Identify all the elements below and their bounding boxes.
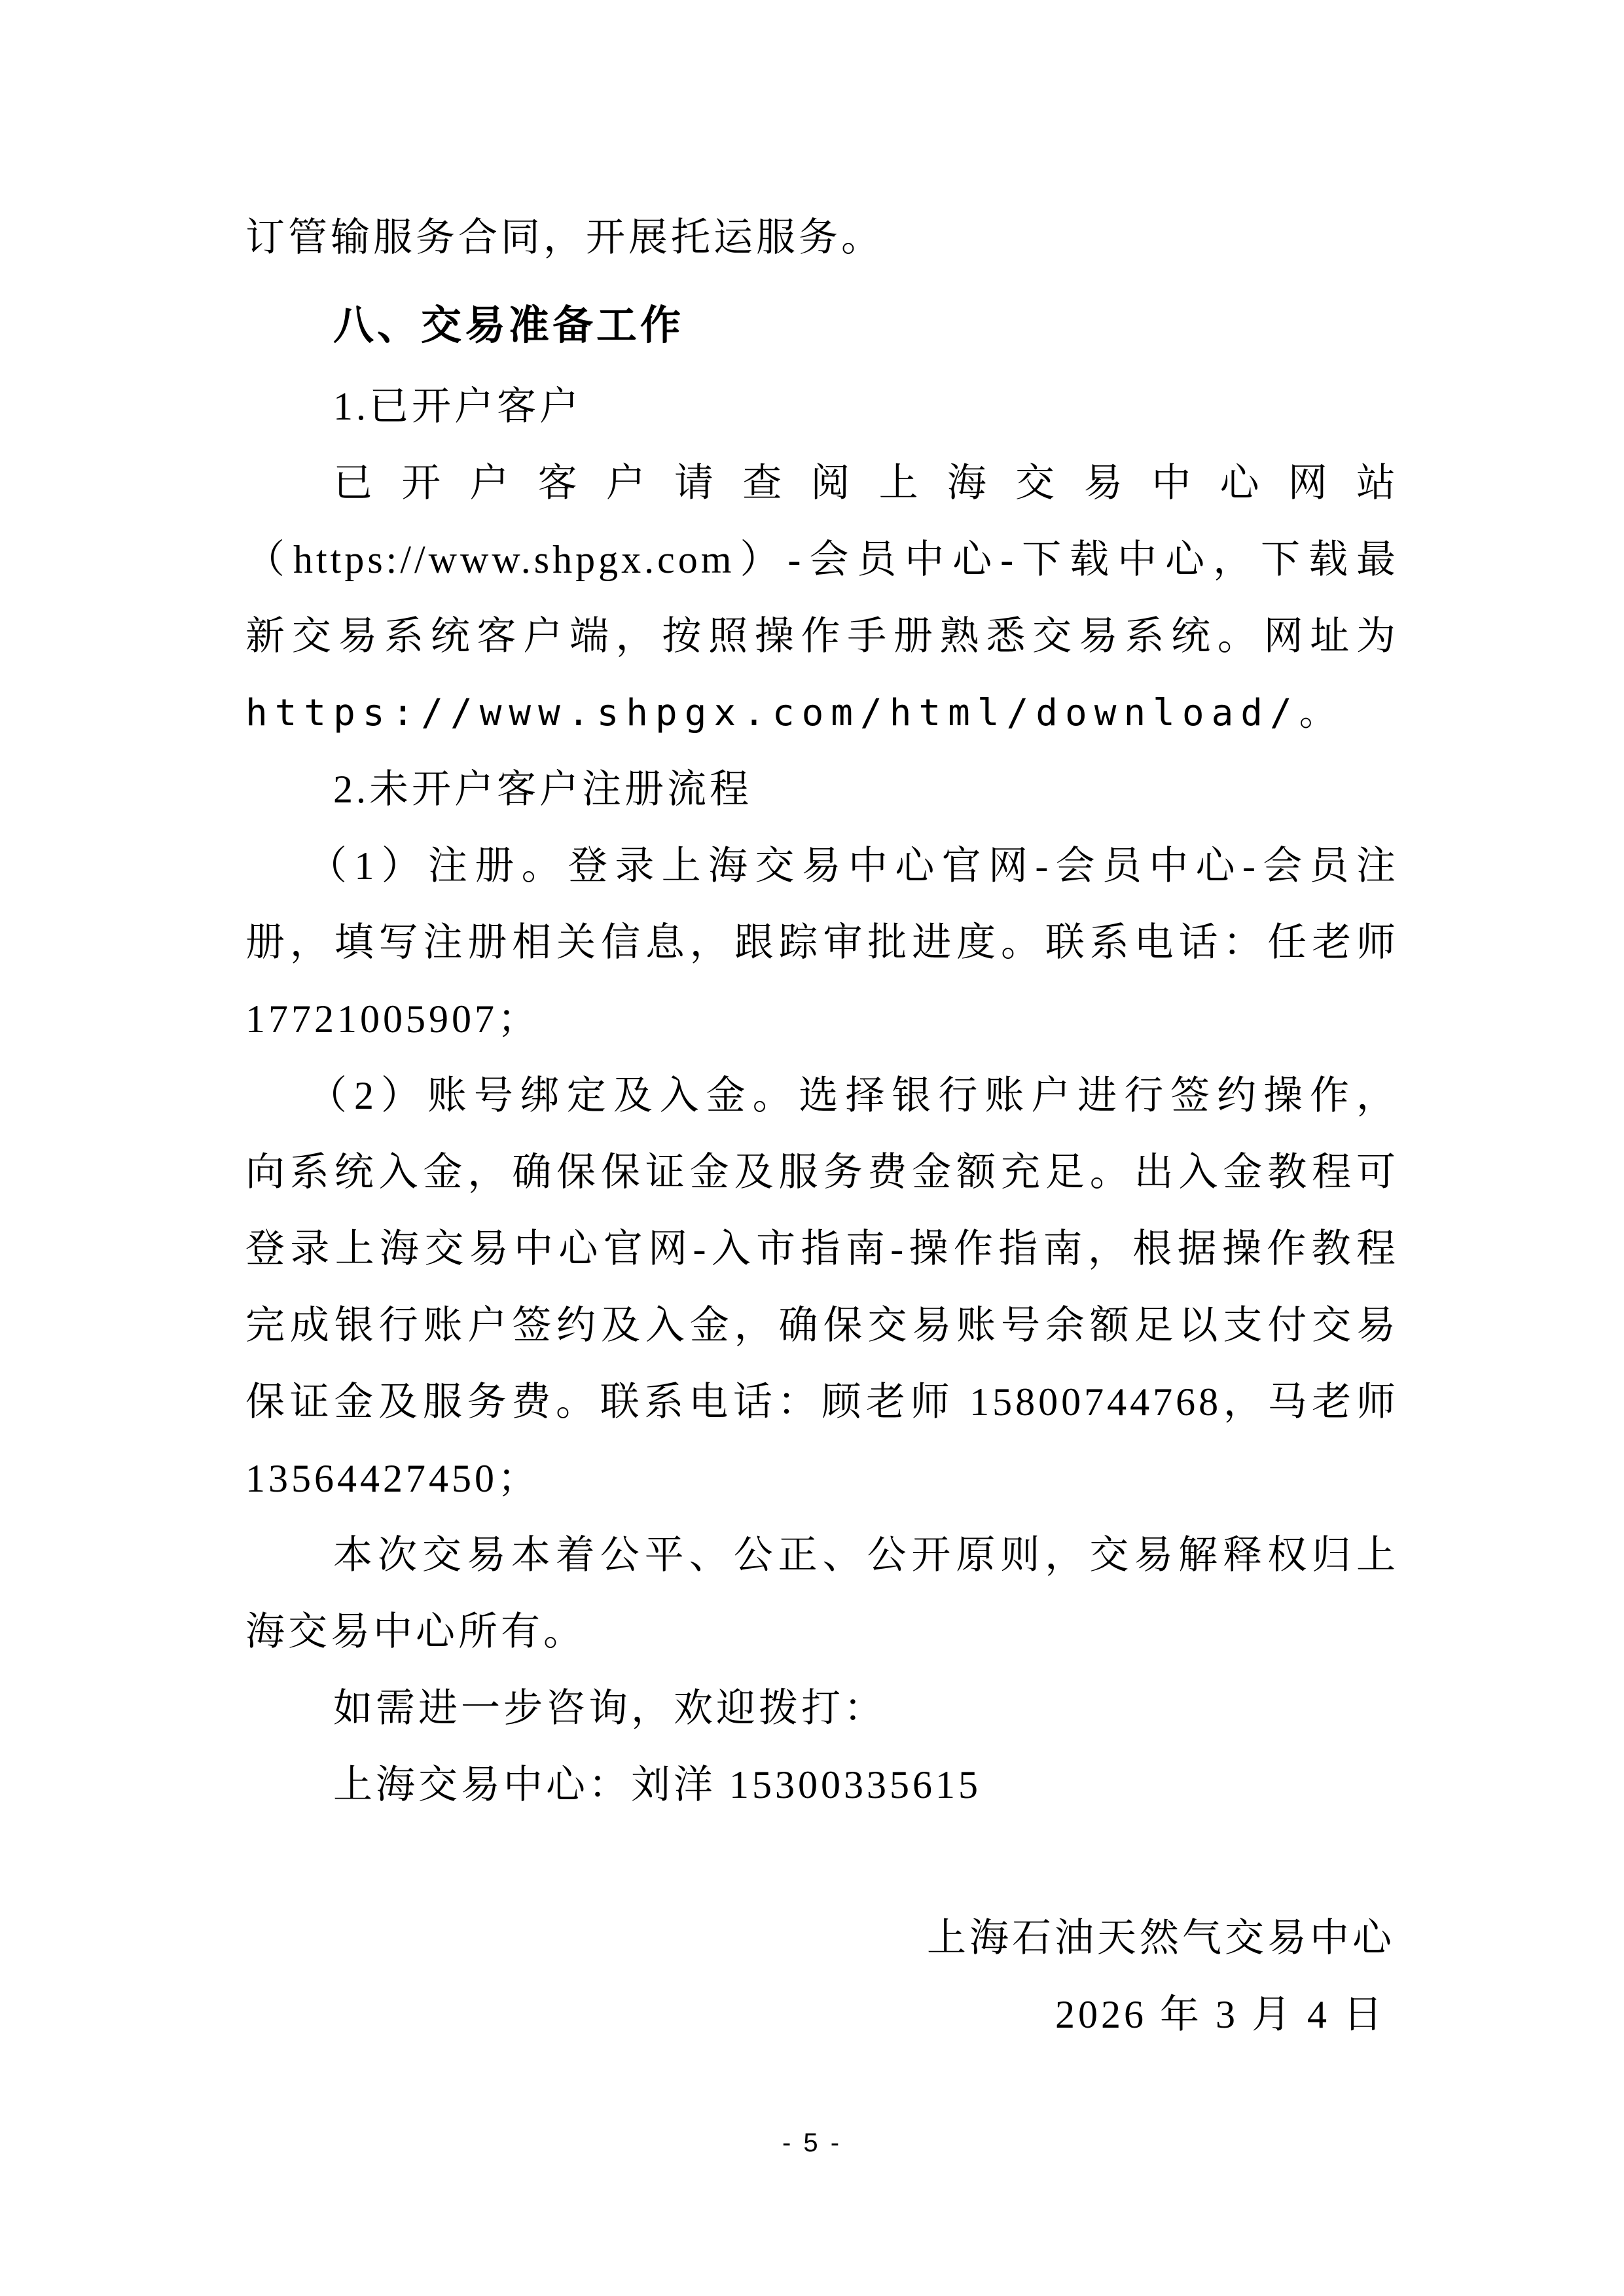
text-line: 如需进一步咨询，欢迎拨打： xyxy=(245,1670,1399,1747)
text-line: 17721005907； xyxy=(245,981,1399,1058)
text-line: 保证金及服务费。联系电话：顾老师 15800744768，马老师 xyxy=(245,1364,1399,1441)
text-line: 上海石油天然气交易中心 xyxy=(245,1900,1399,1977)
text-line: 上海交易中心：刘洋 15300335615 xyxy=(245,1747,1399,1823)
page-number: - 5 - xyxy=(0,2128,1624,2158)
text-line: 新交易系统客户端，按照操作手册熟悉交易系统。网址为 xyxy=(245,598,1399,675)
text-line: 订管输服务合同，开展托运服务。 xyxy=(245,200,1399,276)
text-line: （2）账号绑定及入金。选择银行账户进行签约操作， xyxy=(245,1058,1399,1134)
text-line: 八、交易准备工作 xyxy=(245,288,1399,365)
text-line: https://www.shpgx.com/html/download/。 xyxy=(245,675,1399,751)
text-line: 海交易中心所有。 xyxy=(245,1594,1399,1670)
text-line: （1）注册。登录上海交易中心官网-会员中心-会员注 xyxy=(245,828,1399,905)
text-line: 完成银行账户签约及入金，确保交易账号余额足以支付交易 xyxy=(245,1287,1399,1364)
text-line xyxy=(245,1823,1399,1900)
text-line: 册，填写注册相关信息，跟踪审批进度。联系电话：任老师 xyxy=(245,905,1399,981)
document-body: 订管输服务合同，开展托运服务。八、交易准备工作1.已开户客户已开户客户请查阅上海… xyxy=(245,200,1399,2053)
document-page: 订管输服务合同，开展托运服务。八、交易准备工作1.已开户客户已开户客户请查阅上海… xyxy=(0,0,1624,2296)
text-line: （https://www.shpgx.com）-会员中心-下载中心，下载最 xyxy=(245,522,1399,598)
text-line: 登录上海交易中心官网-入市指南-操作指南，根据操作教程 xyxy=(245,1211,1399,1287)
text-line: 2.未开户客户注册流程 xyxy=(245,751,1399,828)
text-line: 本次交易本着公平、公正、公开原则，交易解释权归上 xyxy=(245,1517,1399,1594)
text-line: 向系统入金，确保保证金及服务费金额充足。出入金教程可 xyxy=(245,1134,1399,1211)
text-line: 已开户客户请查阅上海交易中心网站 xyxy=(245,445,1399,522)
text-line: 1.已开户客户 xyxy=(245,368,1399,445)
text-line: 2026 年 3 月 4 日 xyxy=(245,1977,1399,2053)
text-line: 13564427450； xyxy=(245,1441,1399,1517)
